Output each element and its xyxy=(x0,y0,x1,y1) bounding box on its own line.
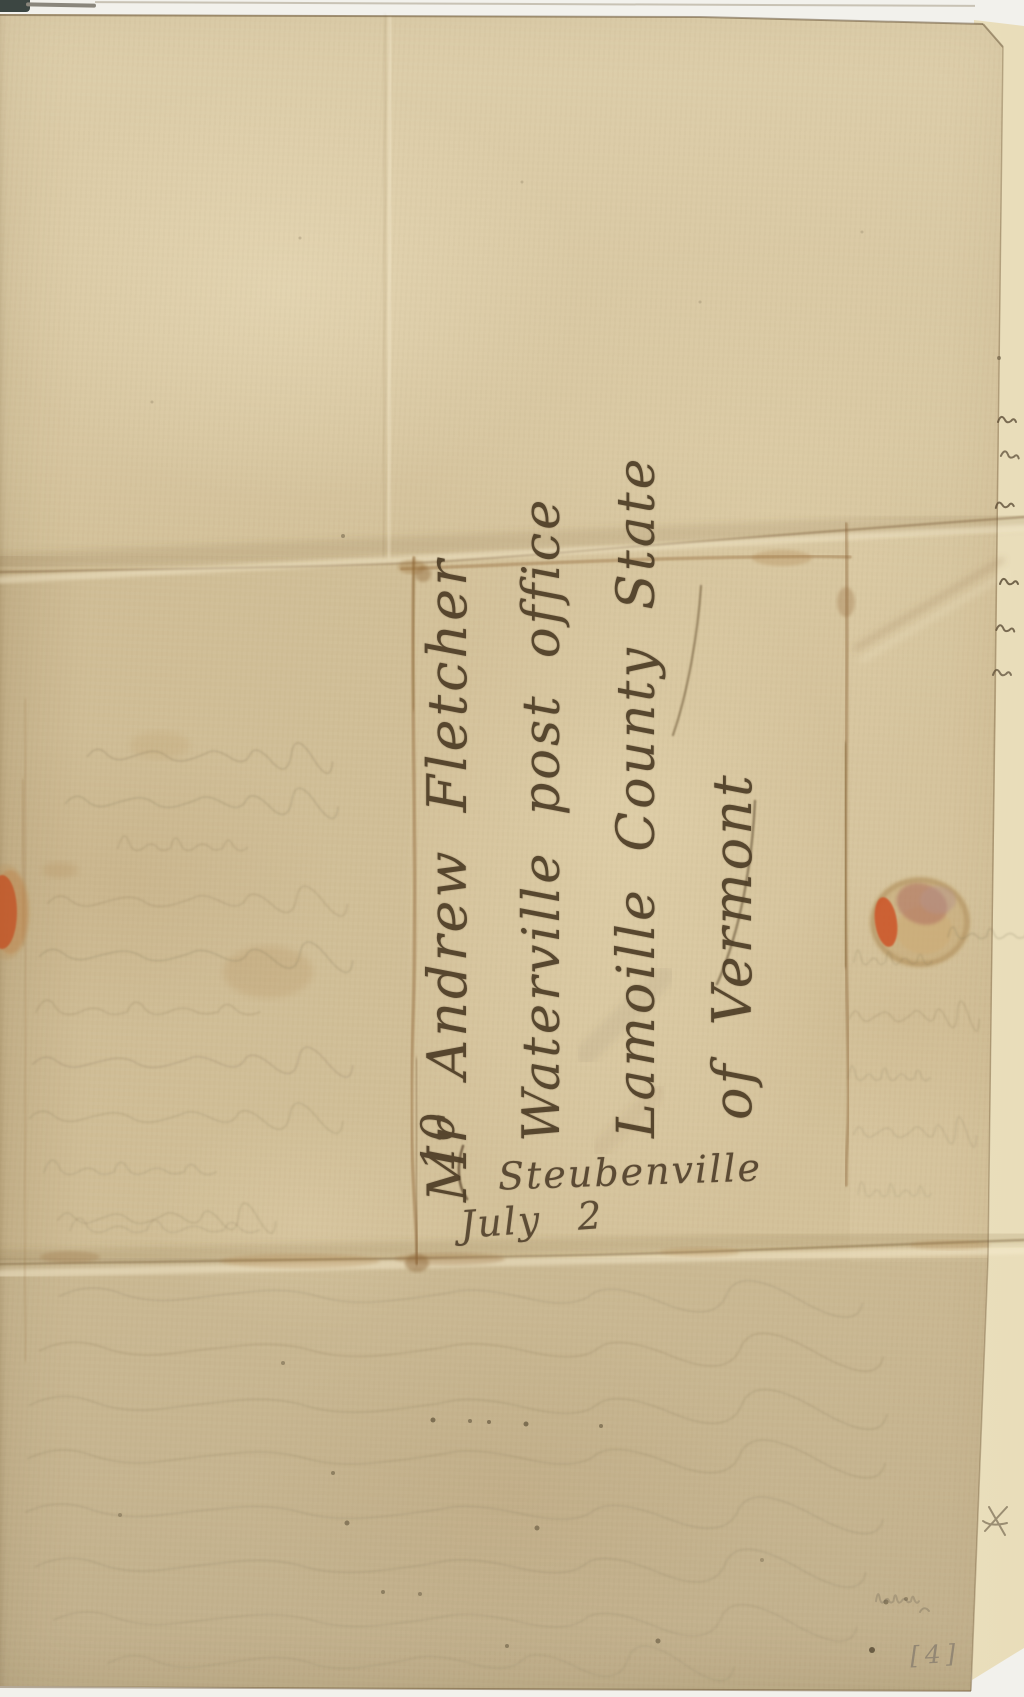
state-line: of Vermont xyxy=(685,772,780,1120)
address-line: Mr Andrew Fletcher10 xyxy=(400,540,495,1260)
post-office-line: Waterville post office xyxy=(495,497,590,1142)
sheet-edge-line xyxy=(95,1,975,7)
addressee-name: Mr Andrew Fletcher xyxy=(400,557,495,1202)
county-state-line: Lamoille County State xyxy=(590,456,685,1138)
scanner-clip-object xyxy=(0,0,30,12)
postmark-town: Steubenville xyxy=(497,1145,762,1198)
page-number-annotation: [4] xyxy=(909,1639,961,1671)
scanner-edge-line xyxy=(26,2,96,7)
scanned-letter-page: Mr Andrew Fletcher10 Waterville post off… xyxy=(0,0,1024,1697)
postage-rate: 10 xyxy=(411,1111,465,1172)
